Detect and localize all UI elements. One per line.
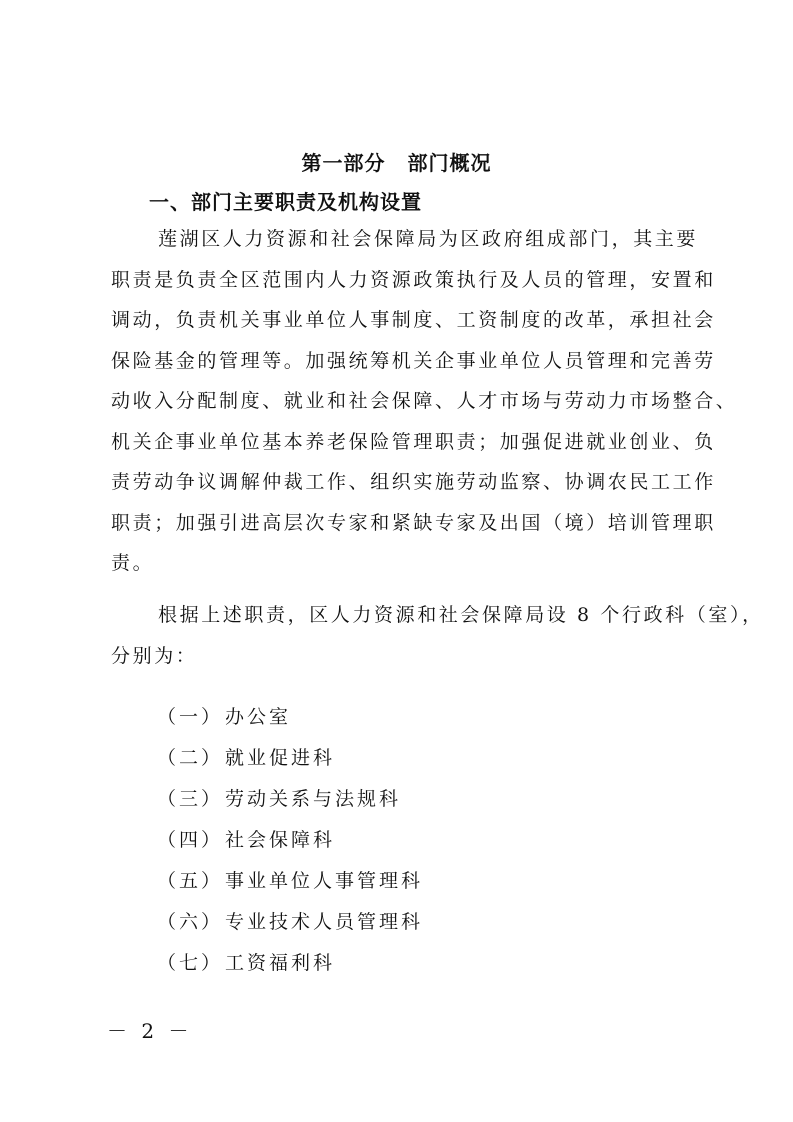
paragraph-line: 分别为： [111,636,685,677]
list-item-number: （六） [157,902,223,943]
responsibilities-paragraph: 莲湖区人力资源和社会保障局为区政府组成部门，其主要 职责是负责全区范围内人力资源… [111,219,685,584]
paragraph-line: 责。 [111,543,685,584]
list-item-name: 工资福利科 [225,952,335,974]
paragraph-line: 职责；加强引进高层次专家和紧缺专家及出国（境）培训管理职 [111,503,685,544]
list-item-name: 事业单位人事管理科 [225,870,423,892]
list-item-name: 专业技术人员管理科 [225,911,423,933]
paragraph-line: 根据上述职责，区人力资源和社会保障局设 8 个行政科（室）， [111,595,685,636]
list-item: （七）工资福利科 [157,943,423,984]
list-item-name: 劳动关系与法规科 [225,788,401,810]
structure-paragraph: 根据上述职责，区人力资源和社会保障局设 8 个行政科（室）， 分别为： [111,595,685,676]
list-item-name: 社会保障科 [225,829,335,851]
part-title: 第一部分部门概况 [0,147,793,176]
page-number: － 2 － [107,1015,192,1044]
list-item-number: （二） [157,738,223,779]
paragraph-line: 责劳动争议调解仲裁工作、组织实施劳动监察、协调农民工工作 [111,462,685,503]
list-item-number: （五） [157,861,223,902]
paragraph-line: 动收入分配制度、就业和社会保障、人才市场与劳动力市场整合、 [111,381,685,422]
list-item: （四）社会保障科 [157,820,423,861]
section-heading: 一、部门主要职责及机构设置 [149,186,422,215]
part-title-number: 第一部分 [302,151,386,175]
list-item-number: （七） [157,943,223,984]
paragraph-line: 职责是负责全区范围内人力资源政策执行及人员的管理，安置和 [111,260,685,301]
paragraph-line: 保险基金的管理等。加强统筹机关企事业单位人员管理和完善劳 [111,341,685,382]
list-item-name: 就业促进科 [225,747,335,769]
paragraph-line: 调动，负责机关事业单位人事制度、工资制度的改革，承担社会 [111,300,685,341]
list-item: （五）事业单位人事管理科 [157,861,423,902]
paragraph-line: 莲湖区人力资源和社会保障局为区政府组成部门，其主要 [111,219,685,260]
list-item-number: （三） [157,779,223,820]
document-page: 第一部分部门概况 一、部门主要职责及机构设置 莲湖区人力资源和社会保障局为区政府… [0,0,793,1122]
department-list: （一）办公室 （二）就业促进科 （三）劳动关系与法规科 （四）社会保障科 （五）… [157,697,423,984]
list-item-number: （四） [157,820,223,861]
list-item: （三）劳动关系与法规科 [157,779,423,820]
paragraph-line: 机关企事业单位基本养老保险管理职责；加强促进就业创业、负 [111,422,685,463]
list-item-name: 办公室 [225,706,291,728]
list-item: （一）办公室 [157,697,423,738]
part-title-name: 部门概况 [408,151,492,175]
list-item: （二）就业促进科 [157,738,423,779]
list-item: （六）专业技术人员管理科 [157,902,423,943]
list-item-number: （一） [157,697,223,738]
